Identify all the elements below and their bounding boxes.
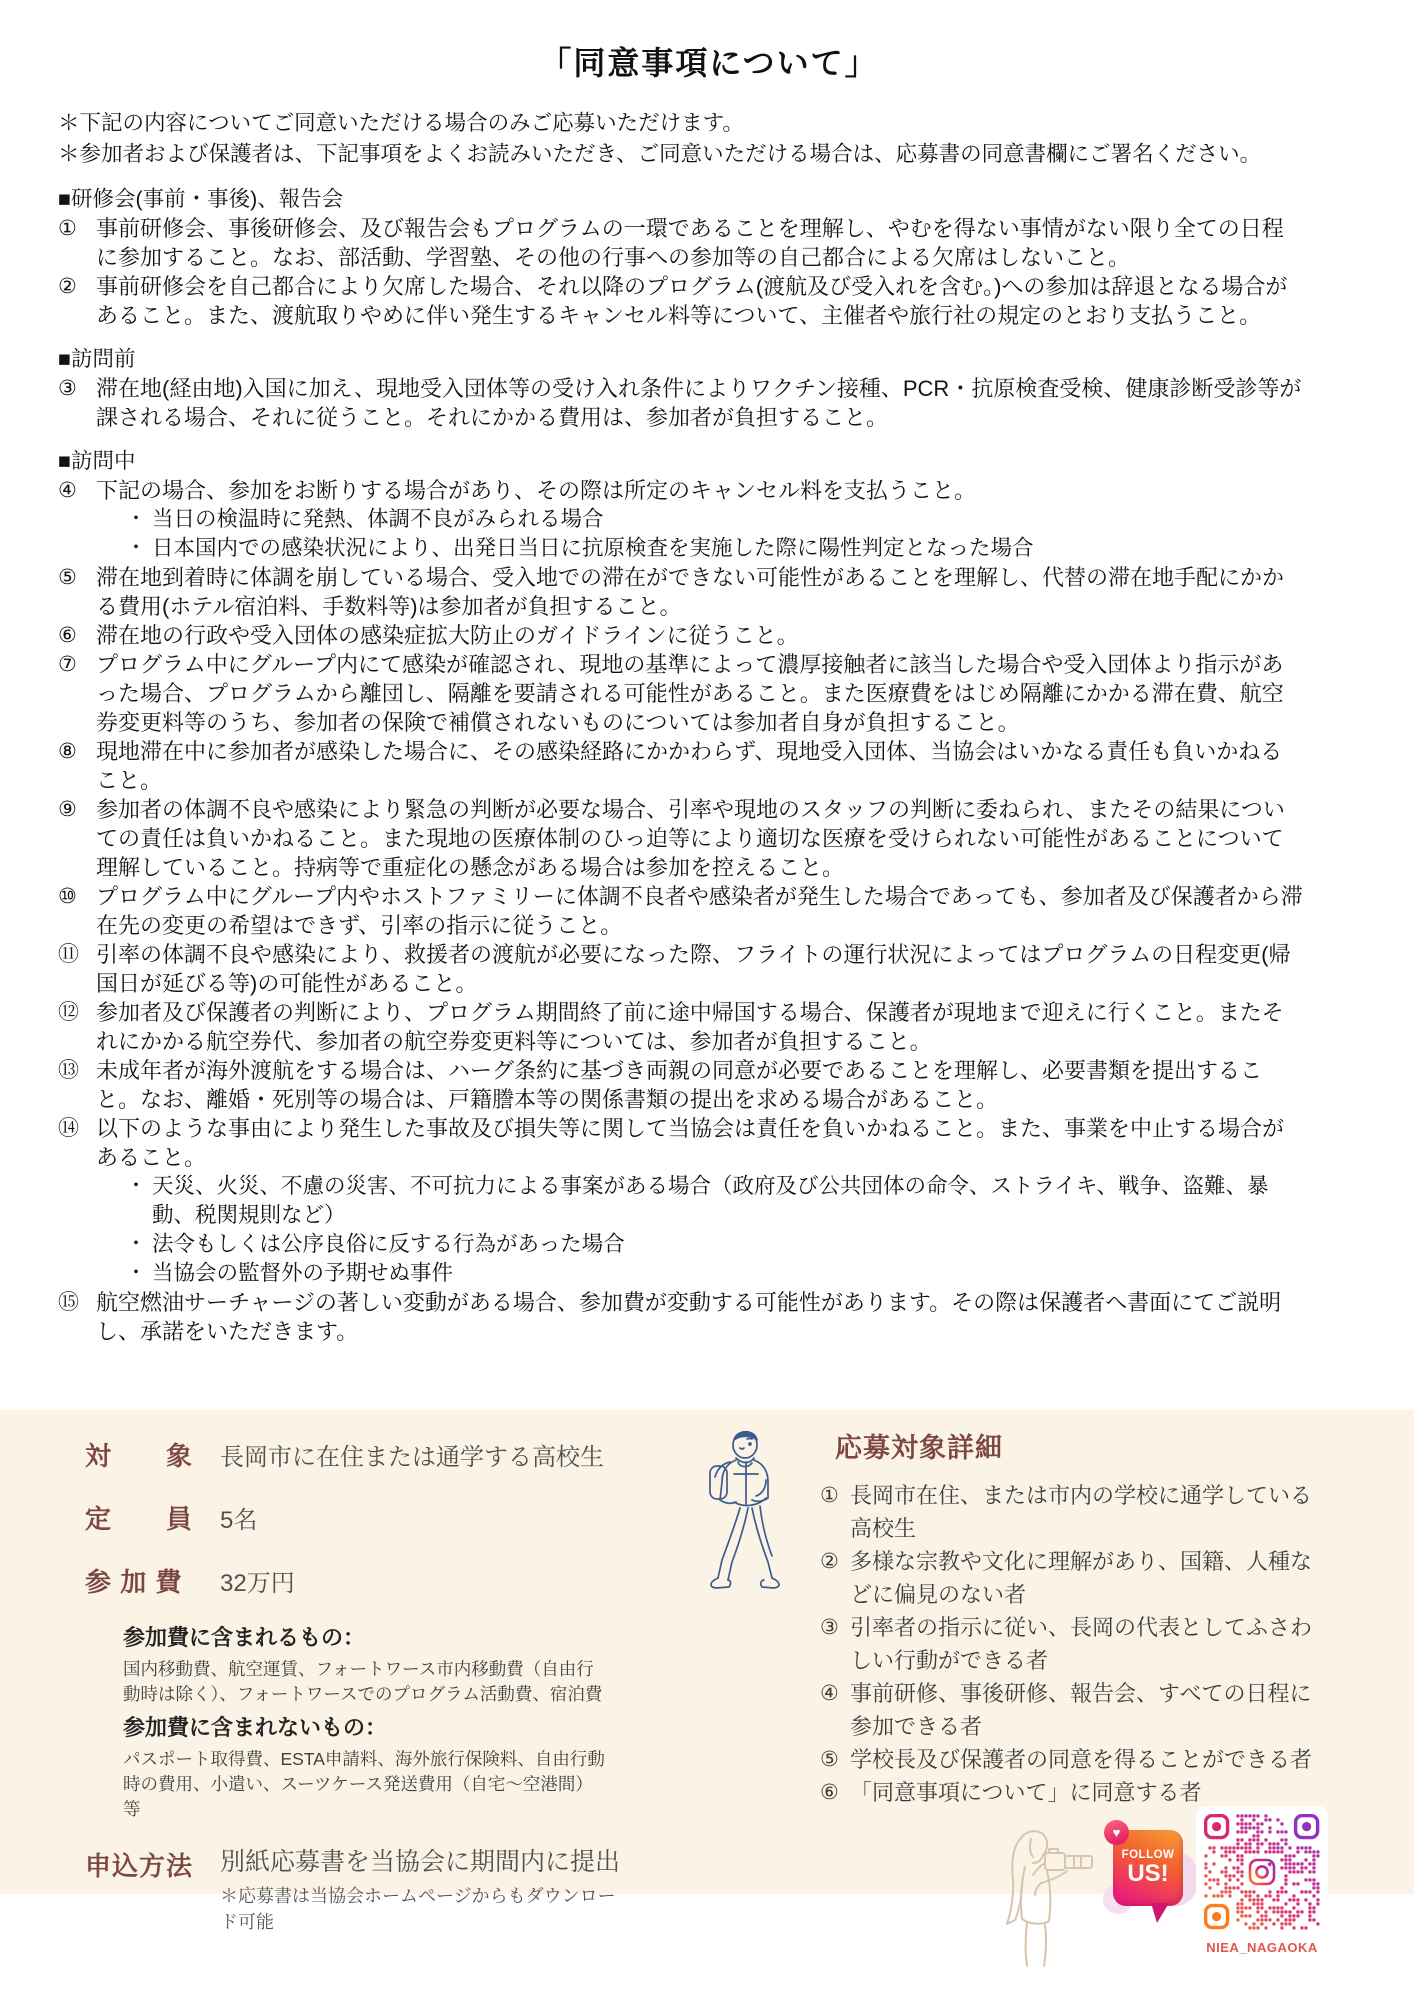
item-number: ⑮ (58, 1288, 96, 1317)
apply-note: ＊応募書は当協会ホームページからもダウンロード可能 (220, 1882, 630, 1934)
field-value: 長岡市に在住または通学する高校生 (220, 1437, 604, 1472)
follow-us-badge: FOLLOW US! ♥ (1113, 1830, 1183, 1906)
item-text: 引率の体調不良や感染により、救援者の渡航が必要になった際、フライトの運行状況によ… (96, 940, 1360, 998)
consent-item: ⑬未成年者が海外渡航をする場合は、ハーグ条約に基づき両親の同意が必要であることを… (58, 1056, 1360, 1114)
item-number: ⑩ (58, 882, 96, 911)
consent-section: ■訪問前③滞在地(経由地)入国に加え、現地受入団体等の受け入れ条件によりワクチン… (58, 345, 1360, 432)
item-text: プログラム中にグループ内にて感染が確認され、現地の基準によって濃厚接触者に該当し… (96, 650, 1360, 737)
section-heading: ■訪問前 (58, 345, 1360, 374)
item-text: 現地滞在中に参加者が感染した場合に、その感染経路にかかわらず、現地受入団体、当協… (96, 737, 1360, 795)
program-field: 対 象長岡市に在住または通学する高校生 (85, 1436, 630, 1473)
item-number: ① (58, 214, 96, 243)
consent-item: ⑦プログラム中にグループ内にて感染が確認され、現地の基準によって濃厚接触者に該当… (58, 650, 1360, 737)
detail-number: ③ (820, 1611, 850, 1677)
item-number: ⑨ (58, 795, 96, 824)
bullet-dot: ・ (126, 1172, 152, 1230)
item-text: 下記の場合、参加をお断りする場合があり、その際は所定のキャンセル料を支払うこと。 (96, 476, 1360, 505)
item-text: 滞在地到着時に体調を崩している場合、受入地での滞在ができない可能性があることを理… (96, 563, 1360, 621)
consent-item: ⑮航空燃油サーチャージの著しい変動がある場合、参加費が変動する可能性があります。… (58, 1288, 1360, 1346)
program-info-column: 対 象長岡市に在住または通学する高校生定 員5名参 加 費32万円 参加費に含ま… (85, 1436, 630, 1934)
item-text: 滞在地(経由地)入国に加え、現地受入団体等の受け入れ条件によりワクチン接種、PC… (96, 374, 1360, 432)
consent-item: ②事前研修会を自己都合により欠席した場合、それ以降のプログラム(渡航及び受入れを… (58, 272, 1360, 330)
field-value: 32万円 (220, 1563, 295, 1598)
subitem-text: 法令もしくは公序良俗に反する行為があった場合 (152, 1230, 1360, 1259)
detail-item: ⑤学校長及び保護者の同意を得ることができる者 (820, 1743, 1325, 1776)
field-label: 参 加 費 (85, 1562, 220, 1599)
detail-item: ①長岡市在住、または市内の学校に通学している高校生 (820, 1479, 1325, 1545)
detail-text: 長岡市在住、または市内の学校に通学している高校生 (850, 1479, 1325, 1545)
program-fields: 対 象長岡市に在住または通学する高校生定 員5名参 加 費32万円 (85, 1436, 630, 1599)
detail-number: ④ (820, 1677, 850, 1743)
apply-value: 別紙応募書を当協会に期間内に提出 (220, 1846, 630, 1878)
consent-item: ⑤滞在地到着時に体調を崩している場合、受入地での滞在ができない可能性があることを… (58, 563, 1360, 621)
us-label: US! (1127, 1861, 1168, 1887)
included-heading: 参加費に含まれるもの： (123, 1623, 630, 1653)
details-list: ①長岡市在住、または市内の学校に通学している高校生②多様な宗教や文化に理解があり… (820, 1479, 1325, 1809)
consent-item: ⑥滞在地の行政や受入団体の感染症拡大防止のガイドラインに従うこと。 (58, 621, 1360, 650)
detail-text: 学校長及び保護者の同意を得ることができる者 (850, 1743, 1325, 1776)
cost-block: 参加費に含まれるもの： 国内移動費、航空運賃、フォートワース市内移動費（自由行動… (123, 1623, 630, 1822)
included-text: 国内移動費、航空運賃、フォートワース市内移動費（自由行動時は除く）、フォートワー… (123, 1657, 605, 1707)
item-text: 未成年者が海外渡航をする場合は、ハーグ条約に基づき両親の同意が必要であることを理… (96, 1056, 1360, 1114)
detail-number: ⑤ (820, 1743, 850, 1776)
page-title: 「同意事項について」 (58, 38, 1360, 84)
detail-item: ③引率者の指示に従い、長岡の代表としてふさわしい行動ができる者 (820, 1611, 1325, 1677)
qr-caption: NIEA_NAGAOKA (1204, 1940, 1320, 1955)
detail-item: ④事前研修、事後研修、報告会、すべての日程に参加できる者 (820, 1677, 1325, 1743)
detail-number: ① (820, 1479, 850, 1545)
detail-number: ⑥ (820, 1776, 850, 1809)
consent-section: ■研修会(事前・事後)、報告会①事前研修会、事後研修会、及び報告会もプログラムの… (58, 185, 1360, 330)
item-number: ④ (58, 476, 96, 505)
item-text: 滞在地の行政や受入団体の感染症拡大防止のガイドラインに従うこと。 (96, 621, 1360, 650)
subitem-text: 当日の検温時に発熱、体調不良がみられる場合 (152, 505, 1360, 534)
field-value: 5名 (220, 1500, 257, 1535)
detail-text: 「同意事項について」に同意する者 (850, 1776, 1325, 1809)
consent-section: ■訪問中④下記の場合、参加をお断りする場合があり、その際は所定のキャンセル料を支… (58, 447, 1360, 1346)
consent-item: ⑨参加者の体調不良や感染により緊急の判断が必要な場合、引率や現地のスタッフの判断… (58, 795, 1360, 882)
bullet-dot: ・ (126, 1259, 152, 1288)
detail-text: 引率者の指示に従い、長岡の代表としてふさわしい行動ができる者 (850, 1611, 1325, 1677)
consent-item: ⑭以下のような事由により発生した事故及び損失等に関して当協会は責任を負いかねるこ… (58, 1114, 1360, 1172)
bullet-dot: ・ (126, 505, 152, 534)
detail-item: ②多様な宗教や文化に理解があり、国籍、人種などに偏見のない者 (820, 1545, 1325, 1611)
program-field: 参 加 費32万円 (85, 1562, 630, 1599)
consent-item: ⑪引率の体調不良や感染により、救援者の渡航が必要になった際、フライトの運行状況に… (58, 940, 1360, 998)
section-heading: ■訪問中 (58, 447, 1360, 476)
consent-item: ⑩プログラム中にグループ内やホストファミリーに体調不良者や感染者が発生した場合で… (58, 882, 1360, 940)
consent-document: 「同意事項について」 ＊下記の内容についてご同意いただける場合のみご応募いただけ… (0, 0, 1414, 1410)
consent-item: ⑧現地滞在中に参加者が感染した場合に、その感染経路にかかわらず、現地受入団体、当… (58, 737, 1360, 795)
consent-subitem: ・天災、火災、不慮の災害、不可抗力による事案がある場合（政府及び公共団体の命令、… (126, 1172, 1360, 1230)
intro-notes: ＊下記の内容についてご同意いただける場合のみご応募いただけます。＊参加者および保… (58, 108, 1360, 170)
photographer-illustration (975, 1826, 1115, 1971)
consent-subitem: ・法令もしくは公序良俗に反する行為があった場合 (126, 1230, 1360, 1259)
detail-text: 多様な宗教や文化に理解があり、国籍、人種などに偏見のない者 (850, 1545, 1325, 1611)
item-number: ⑬ (58, 1056, 96, 1085)
item-number: ⑧ (58, 737, 96, 766)
apply-row: 申込方法 別紙応募書を当協会に期間内に提出 ＊応募書は当協会ホームページからもダ… (85, 1846, 630, 1934)
detail-text: 事前研修、事後研修、報告会、すべての日程に参加できる者 (850, 1677, 1325, 1743)
item-text: 事前研修会を自己都合により欠席した場合、それ以降のプログラム(渡航及び受入れを含… (96, 272, 1360, 330)
subitem-text: 日本国内での感染状況により、出発日当日に抗原検査を実施した際に陽性判定となった場… (152, 534, 1360, 563)
consent-subitem: ・日本国内での感染状況により、出発日当日に抗原検査を実施した際に陽性判定となった… (126, 534, 1360, 563)
heart-icon: ♥ (1104, 1820, 1129, 1845)
item-text: 以下のような事由により発生した事故及び損失等に関して当協会は責任を負いかねること… (96, 1114, 1360, 1172)
program-field: 定 員5名 (85, 1499, 630, 1536)
item-number: ⑦ (58, 650, 96, 679)
details-heading: 応募対象詳細 (835, 1426, 1325, 1465)
bullet-dot: ・ (126, 534, 152, 563)
item-text: 航空燃油サーチャージの著しい変動がある場合、参加費が変動する可能性があります。そ… (96, 1288, 1360, 1346)
item-number: ⑤ (58, 563, 96, 592)
application-details-column: 応募対象詳細 ①長岡市在住、または市内の学校に通学している高校生②多様な宗教や文… (820, 1426, 1325, 1809)
consent-subitem: ・当協会の監督外の予期せぬ事件 (126, 1259, 1360, 1288)
field-label: 定 員 (85, 1499, 220, 1536)
item-number: ⑥ (58, 621, 96, 650)
consent-item: ⑫参加者及び保護者の判断により、プログラム期間終了前に途中帰国する場合、保護者が… (58, 998, 1360, 1056)
item-number: ② (58, 272, 96, 301)
subitem-text: 当協会の監督外の予期せぬ事件 (152, 1259, 1360, 1288)
consent-subitem: ・当日の検温時に発熱、体調不良がみられる場合 (126, 505, 1360, 534)
intro-note: ＊参加者および保護者は、下記事項をよくお読みいただき、ご同意いただける場合は、応… (58, 139, 1360, 170)
apply-label: 申込方法 (85, 1846, 220, 1883)
item-number: ③ (58, 374, 96, 403)
student-illustration (696, 1428, 788, 1608)
intro-note: ＊下記の内容についてご同意いただける場合のみご応募いただけます。 (58, 108, 1360, 139)
item-text: 参加者及び保護者の判断により、プログラム期間終了前に途中帰国する場合、保護者が現… (96, 998, 1360, 1056)
not-included-heading: 参加費に含まれないもの： (123, 1713, 630, 1743)
item-text: 参加者の体調不良や感染により緊急の判断が必要な場合、引率や現地のスタッフの判断に… (96, 795, 1360, 882)
instagram-qr-code (1204, 1814, 1320, 1935)
consent-item: ④下記の場合、参加をお断りする場合があり、その際は所定のキャンセル料を支払うこと… (58, 476, 1360, 505)
section-heading: ■研修会(事前・事後)、報告会 (58, 185, 1360, 214)
consent-item: ③滞在地(経由地)入国に加え、現地受入団体等の受け入れ条件によりワクチン接種、P… (58, 374, 1360, 432)
bullet-dot: ・ (126, 1230, 152, 1259)
subitem-text: 天災、火災、不慮の災害、不可抗力による事案がある場合（政府及び公共団体の命令、ス… (152, 1172, 1360, 1230)
item-number: ⑪ (58, 940, 96, 969)
item-text: 事前研修会、事後研修会、及び報告会もプログラムの一環であることを理解し、やむを得… (96, 214, 1360, 272)
item-number: ⑫ (58, 998, 96, 1027)
detail-number: ② (820, 1545, 850, 1611)
detail-item: ⑥「同意事項について」に同意する者 (820, 1776, 1325, 1809)
not-included-text: パスポート取得費、ESTA申請料、海外旅行保険料、自由行動時の費用、小遣い、スー… (123, 1747, 605, 1822)
flyer-page: 「同意事項について」 ＊下記の内容についてご同意いただける場合のみご応募いただけ… (0, 0, 1414, 2000)
item-text: プログラム中にグループ内やホストファミリーに体調不良者や感染者が発生した場合であ… (96, 882, 1360, 940)
field-label: 対 象 (85, 1436, 220, 1473)
instagram-qr-card: NIEA_NAGAOKA (1196, 1806, 1328, 1959)
consent-sections: ■研修会(事前・事後)、報告会①事前研修会、事後研修会、及び報告会もプログラムの… (58, 185, 1360, 1346)
consent-item: ①事前研修会、事後研修会、及び報告会もプログラムの一環であることを理解し、やむを… (58, 214, 1360, 272)
item-number: ⑭ (58, 1114, 96, 1143)
